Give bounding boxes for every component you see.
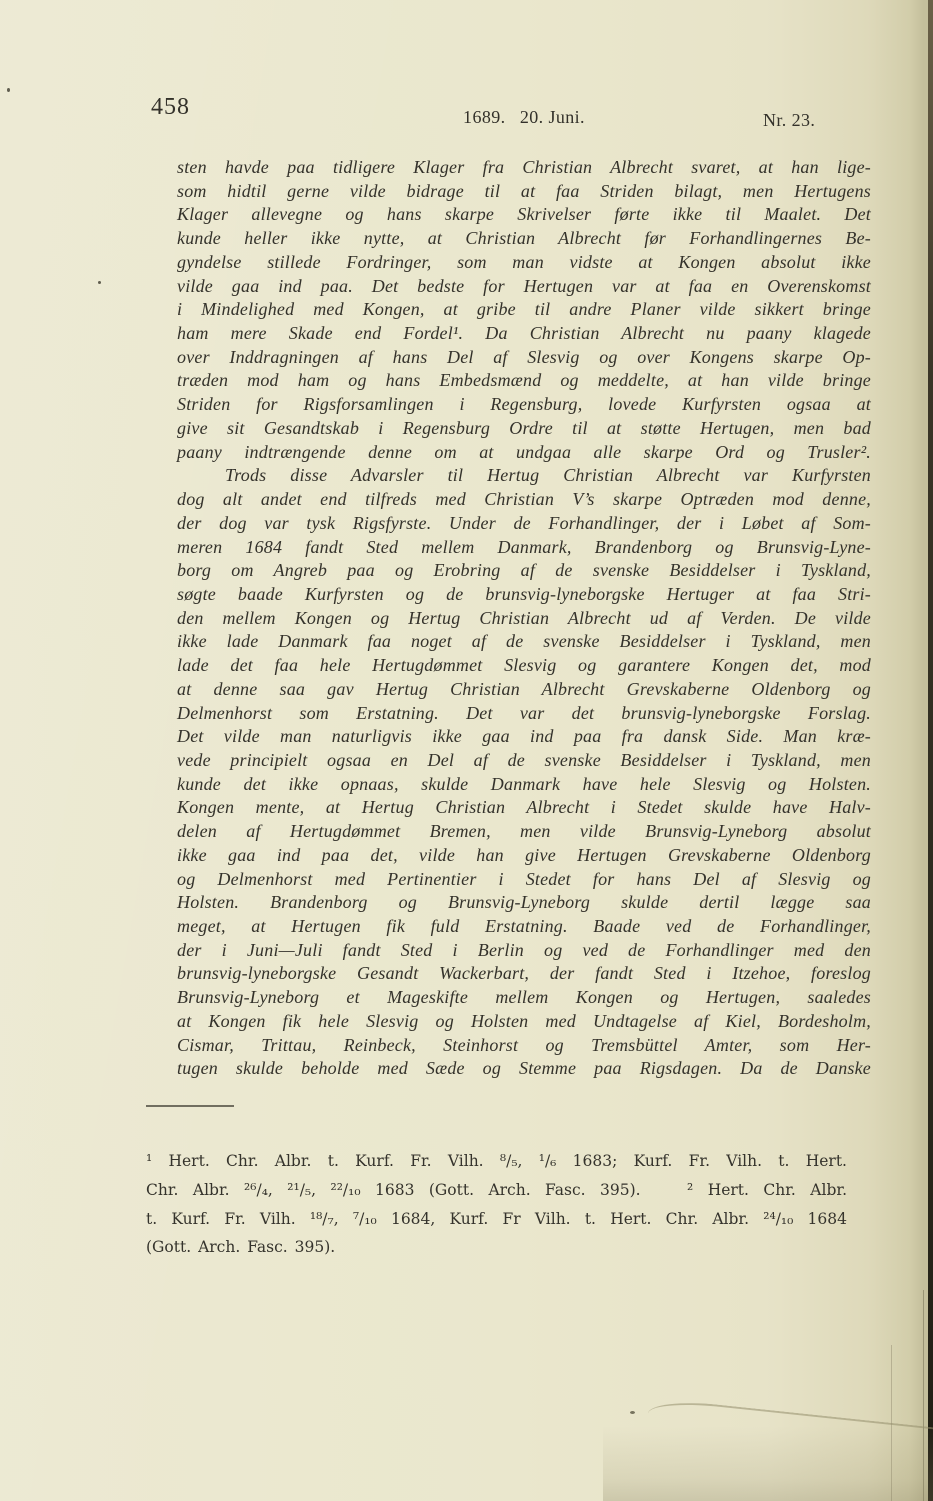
book-page: 458 1689. 20. Juni. Nr. 23. sten havde p…	[0, 0, 933, 1501]
text-line: dog alt andet end tilfreds med Christian…	[177, 488, 871, 512]
text-line: Cismar, Trittau, Reinbeck, Steinhorst og…	[177, 1034, 871, 1058]
main-text-block: sten havde paa tidligere Klager fra Chri…	[177, 156, 871, 1081]
page-edge-shadow	[928, 0, 933, 1501]
text-line: ham mere Skade end Fordel¹. Da Christian…	[177, 322, 871, 346]
text-line: Kongen mente, at Hertug Christian Albrec…	[177, 796, 871, 820]
text-line: ikke gaa ind paa det, vilde han give Her…	[177, 844, 871, 868]
text-line: vilde gaa ind paa. Det bedste for Hertug…	[177, 275, 871, 299]
footnote-separator-rule	[146, 1105, 234, 1107]
text-line: meren 1684 fandt Sted mellem Danmark, Br…	[177, 536, 871, 560]
footnote-line: t. Kurf. Fr. Vilh. ¹⁸/₇, ⁷/₁₀ 1684, Kurf…	[146, 1205, 847, 1234]
text-line: kunde heller ikke nytte, at Christian Al…	[177, 227, 871, 251]
text-line: paany indtrængende denne om at undgaa al…	[177, 441, 871, 465]
document-number: Nr. 23.	[763, 110, 815, 131]
corner-shadow	[603, 1426, 933, 1501]
text-line: brunsvig-lyneborgske Gesandt Wackerbart,…	[177, 962, 871, 986]
footnote-line: Chr. Albr. ²⁶/₄, ²¹/₅, ²²/₁₀ 1683 (Gott.…	[146, 1176, 847, 1205]
footnotes-block: ¹ Hert. Chr. Albr. t. Kurf. Fr. Vilh. ⁸/…	[146, 1147, 847, 1262]
text-line: lade det faa hele Hertugdømmet Slesvig o…	[177, 654, 871, 678]
paper-speck	[98, 281, 101, 284]
text-line: ikke lade Danmark faa noget af de svensk…	[177, 630, 871, 654]
text-line: Delmenhorst som Erstatning. Det var det …	[177, 702, 871, 726]
footnote-line: (Gott. Arch. Fasc. 395).	[146, 1233, 847, 1262]
text-line: delen af Hertugdømmet Bremen, men vilde …	[177, 820, 871, 844]
text-line: i Mindelighed med Kongen, at gribe til a…	[177, 298, 871, 322]
text-line: Trods disse Advarsler til Hertug Christi…	[177, 464, 871, 488]
text-line: sten havde paa tidligere Klager fra Chri…	[177, 156, 871, 180]
text-line: borg om Angreb paa og Erobring af de sve…	[177, 559, 871, 583]
text-line: over Inddragningen af hans Del af Slesvi…	[177, 346, 871, 370]
text-line: at denne saa gav Hertug Christian Albrec…	[177, 678, 871, 702]
text-line: at Kongen fik hele Slesvig og Holsten me…	[177, 1010, 871, 1034]
paper-speck	[7, 88, 10, 92]
text-line: Brunsvig-Lyneborg et Mageskifte mellem K…	[177, 986, 871, 1010]
text-line: og Delmenhorst med Pertinentier i Stedet…	[177, 868, 871, 892]
text-line: Klager allevegne og hans skarpe Skrivels…	[177, 203, 871, 227]
text-line: der i Juni—Juli fandt Sted i Berlin og v…	[177, 939, 871, 963]
text-line: som hidtil gerne vilde bidrage til at fa…	[177, 180, 871, 204]
text-line: kunde det ikke opnaas, skulde Danmark ha…	[177, 773, 871, 797]
text-line: træden mod ham og hans Embedsmænd og med…	[177, 369, 871, 393]
footnote-line: ¹ Hert. Chr. Albr. t. Kurf. Fr. Vilh. ⁸/…	[146, 1147, 847, 1176]
text-line: Det vilde man naturligvis ikke gaa ind p…	[177, 725, 871, 749]
text-line: meget, at Hertugen fik fuld Erstatning. …	[177, 915, 871, 939]
text-line: den mellem Kongen og Hertug Christian Al…	[177, 607, 871, 631]
text-line: gyndelse stillede Fordringer, som man vi…	[177, 251, 871, 275]
text-line: tugen skulde beholde med Sæde og Stemme …	[177, 1057, 871, 1081]
text-line: søgte baade Kurfyrsten og de brunsvig-ly…	[177, 583, 871, 607]
text-line: vede principielt ogsaa en Del af de sven…	[177, 749, 871, 773]
paper-speck	[630, 1411, 635, 1414]
text-line: give sit Gesandtskab i Regensburg Ordre …	[177, 417, 871, 441]
text-line: Striden for Rigsforsamlingen i Regensbur…	[177, 393, 871, 417]
text-line: Holsten. Brandenborg og Brunsvig-Lynebor…	[177, 891, 871, 915]
text-line: der dog var tysk Rigsfyrste. Under de Fo…	[177, 512, 871, 536]
